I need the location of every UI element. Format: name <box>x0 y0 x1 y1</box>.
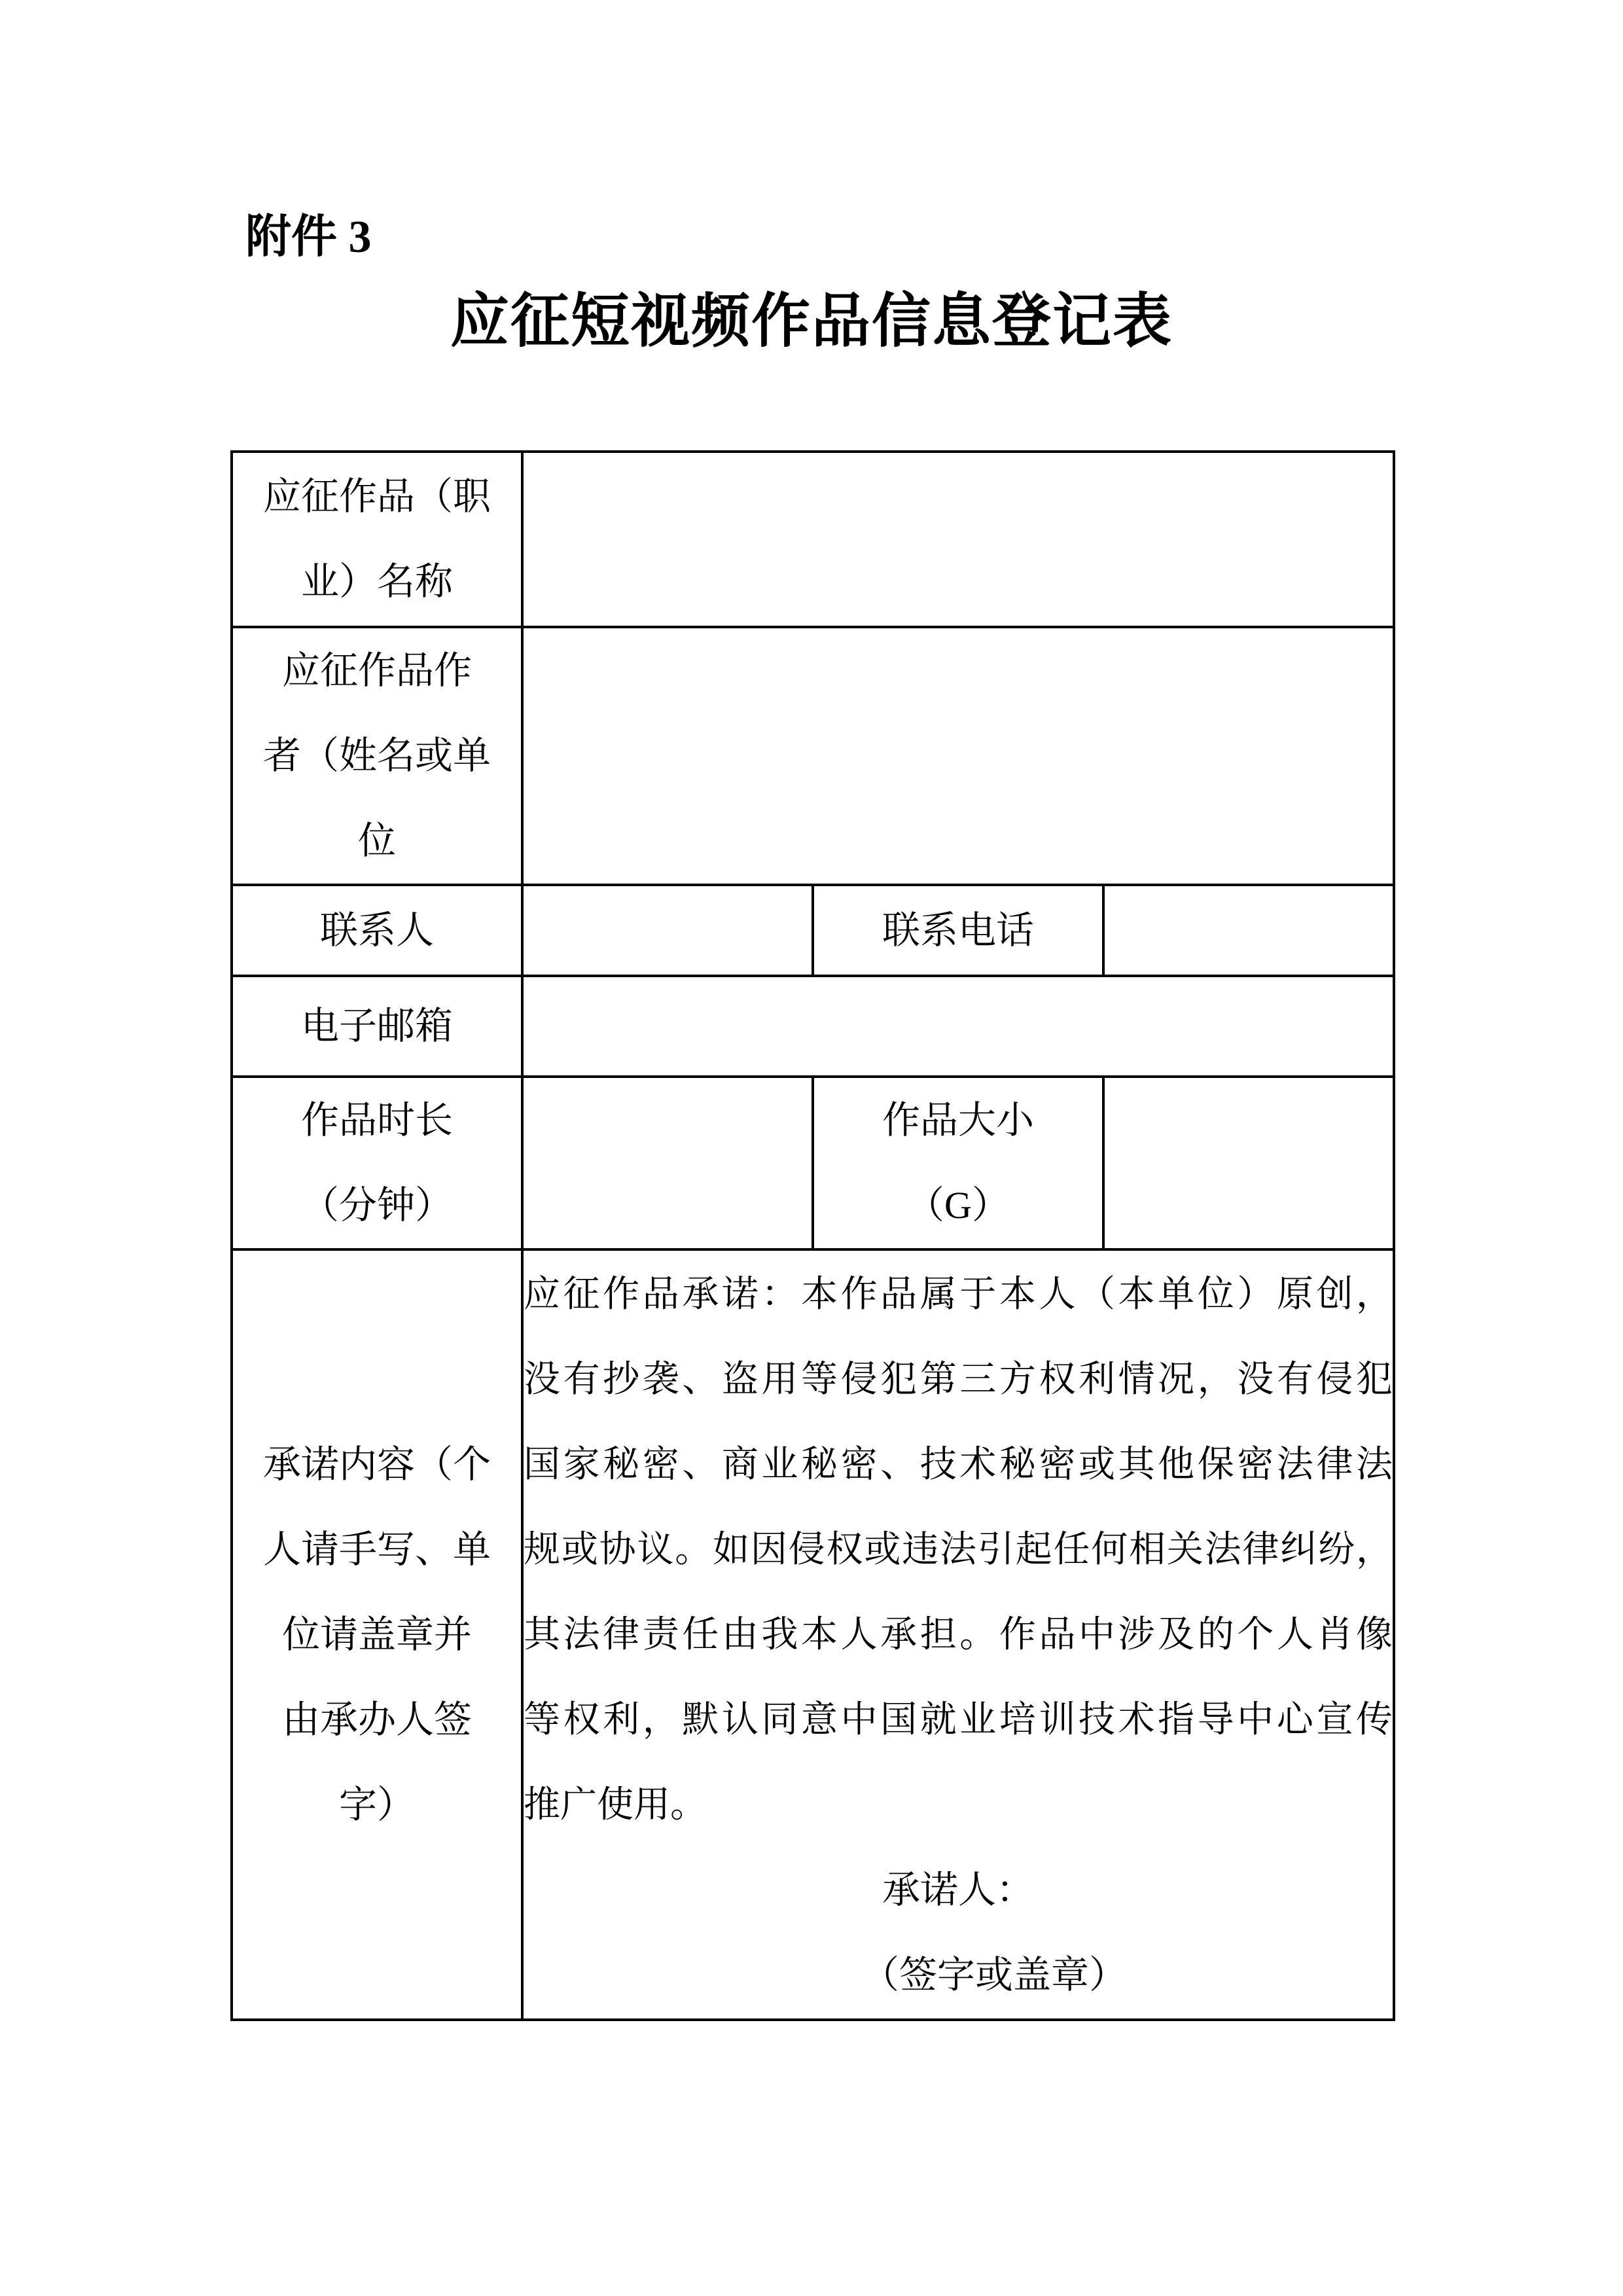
email-label: 电子邮箱 <box>232 976 522 1077</box>
table-row-email: 电子邮箱 <box>232 976 1394 1077</box>
phone-value-cell <box>1103 885 1394 976</box>
registration-form-table: 应征作品（职 业）名称 应征作品作 者（姓名或单 位 联系人 联系电话 电子邮箱… <box>230 450 1395 2021</box>
attachment-label: 附件 3 <box>245 208 372 267</box>
table-row-duration-size: 作品时长 （分钟） 作品大小 （G） <box>232 1077 1394 1249</box>
commitment-text: 应征作品承诺：本作品属于本人（本单位）原创，没有抄袭、盗用等侵犯第三方权利情况，… <box>524 1252 1393 1848</box>
size-label: 作品大小 （G） <box>813 1077 1103 1249</box>
duration-label: 作品时长 （分钟） <box>232 1077 522 1249</box>
table-row-work-name: 应征作品（职 业）名称 <box>232 452 1394 627</box>
email-value-cell <box>522 976 1394 1077</box>
table-row-author: 应征作品作 者（姓名或单 位 <box>232 627 1394 885</box>
author-value-cell <box>522 627 1394 885</box>
promisor-label: 承诺人： <box>524 1848 1393 1933</box>
author-label: 应征作品作 者（姓名或单 位 <box>232 627 522 885</box>
work-name-label: 应征作品（职 业）名称 <box>232 452 522 627</box>
table-row-contact: 联系人 联系电话 <box>232 885 1394 976</box>
document-page: 附件 3 应征短视频作品信息登记表 应征作品（职 业）名称 应征作品作 者（姓名… <box>0 0 1623 2296</box>
duration-value-cell <box>522 1077 813 1249</box>
commitment-label: 承诺内容（个 人请手写、单 位请盖章并 由承办人签 字） <box>232 1249 522 2020</box>
size-value-cell <box>1103 1077 1394 1249</box>
signature-hint: （签字或盖章） <box>524 1933 1393 2018</box>
contact-label: 联系人 <box>232 885 522 976</box>
work-name-value-cell <box>522 452 1394 627</box>
phone-label: 联系电话 <box>813 885 1103 976</box>
contact-value-cell <box>522 885 813 976</box>
commitment-content-cell: 应征作品承诺：本作品属于本人（本单位）原创，没有抄袭、盗用等侵犯第三方权利情况，… <box>522 1249 1394 2020</box>
table-row-commitment: 承诺内容（个 人请手写、单 位请盖章并 由承办人签 字） 应征作品承诺：本作品属… <box>232 1249 1394 2020</box>
page-title: 应征短视频作品信息登记表 <box>0 285 1623 359</box>
